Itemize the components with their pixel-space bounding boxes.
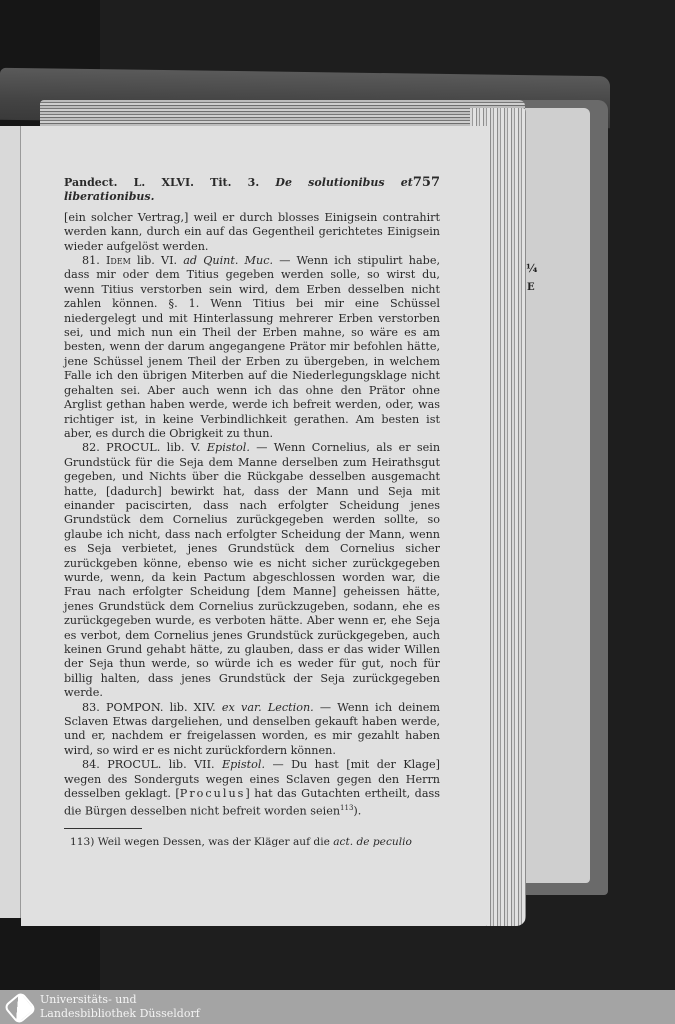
library-name[interactable]: Universitäts- und Landesbibliothek Düsse… xyxy=(40,993,200,1021)
paragraph-continuation: [ein solcher Vertrag,] weil er durch blo… xyxy=(64,211,440,254)
section-book: lib. V. xyxy=(167,441,201,454)
page-number: 757 xyxy=(413,176,440,190)
paragraph-83: 83. POMPON. lib. XIV. ex var. Lection. —… xyxy=(64,701,440,759)
section-work: Epistol. xyxy=(207,441,250,454)
section-work: ex var. Lection. xyxy=(222,701,314,714)
footnote-text: Weil wegen Dessen, was der Kläger auf di… xyxy=(98,836,330,848)
page-stack-top xyxy=(40,100,525,128)
page-text: Pandect. L. XLVI. Tit. 3. De solutionibu… xyxy=(64,176,440,849)
section-book: lib. XIV. xyxy=(170,701,216,714)
section-author: POMPON. xyxy=(106,701,163,714)
paragraph-82: 82. PROCUL. lib. V. Epistol. — Wenn Corn… xyxy=(64,441,440,700)
footnote-marker: 113) xyxy=(70,836,94,848)
section-number: 82. xyxy=(82,441,100,454)
section-text: — Wenn Cornelius, als er sein Grundstück… xyxy=(64,441,440,699)
library-name-line1: Universitäts- und xyxy=(40,993,200,1007)
section-text: ). xyxy=(353,805,361,818)
footnote-divider xyxy=(64,828,142,829)
previous-page-edge xyxy=(0,126,21,918)
section-author: PROCUL. xyxy=(106,441,160,454)
footnote-italic: act. de peculio xyxy=(333,836,412,848)
spaced-name: Proculus xyxy=(180,787,246,800)
section-text: — Wenn ich stipulirt habe, dass mir oder… xyxy=(64,254,440,440)
section-number: 84. xyxy=(82,758,100,771)
section-author: Idem xyxy=(106,254,131,267)
library-footer-bar: Universitäts- und Landesbibliothek Düsse… xyxy=(0,990,675,1024)
section-work: Epistol. xyxy=(222,758,265,771)
section-number: 81. xyxy=(82,254,100,267)
section-book: lib. VII. xyxy=(169,758,215,771)
endpaper xyxy=(524,108,590,883)
book-page: Pandect. L. XLVI. Tit. 3. De solutionibu… xyxy=(21,126,489,926)
running-head: Pandect. L. XLVI. Tit. 3. De solutionibu… xyxy=(64,176,440,205)
footnote: 113) Weil wegen Dessen, was der Kläger a… xyxy=(64,835,440,849)
section-author: PROCUL. xyxy=(107,758,161,771)
paragraph-84: 84. PROCUL. lib. VII. Epistol. — Du hast… xyxy=(64,758,440,819)
footnote-reference[interactable]: 113 xyxy=(340,804,353,812)
section-book: lib. VI. xyxy=(137,254,177,267)
running-head-title: Pandect. L. XLVI. Tit. 3. De solutionibu… xyxy=(64,176,413,205)
running-head-prefix: Pandect. L. XLVI. Tit. 3. xyxy=(64,176,259,189)
endpaper-mark: ¼ xyxy=(526,262,537,275)
uld-logo-icon[interactable] xyxy=(6,994,32,1020)
endpaper-mark: E xyxy=(527,282,535,293)
paragraph-81: 81. Idem lib. VI. ad Quint. Muc. — Wenn … xyxy=(64,254,440,441)
library-name-line2: Landesbibliothek Düsseldorf xyxy=(40,1007,200,1021)
section-number: 83. xyxy=(82,701,100,714)
section-work: ad Quint. Muc. xyxy=(183,254,273,267)
